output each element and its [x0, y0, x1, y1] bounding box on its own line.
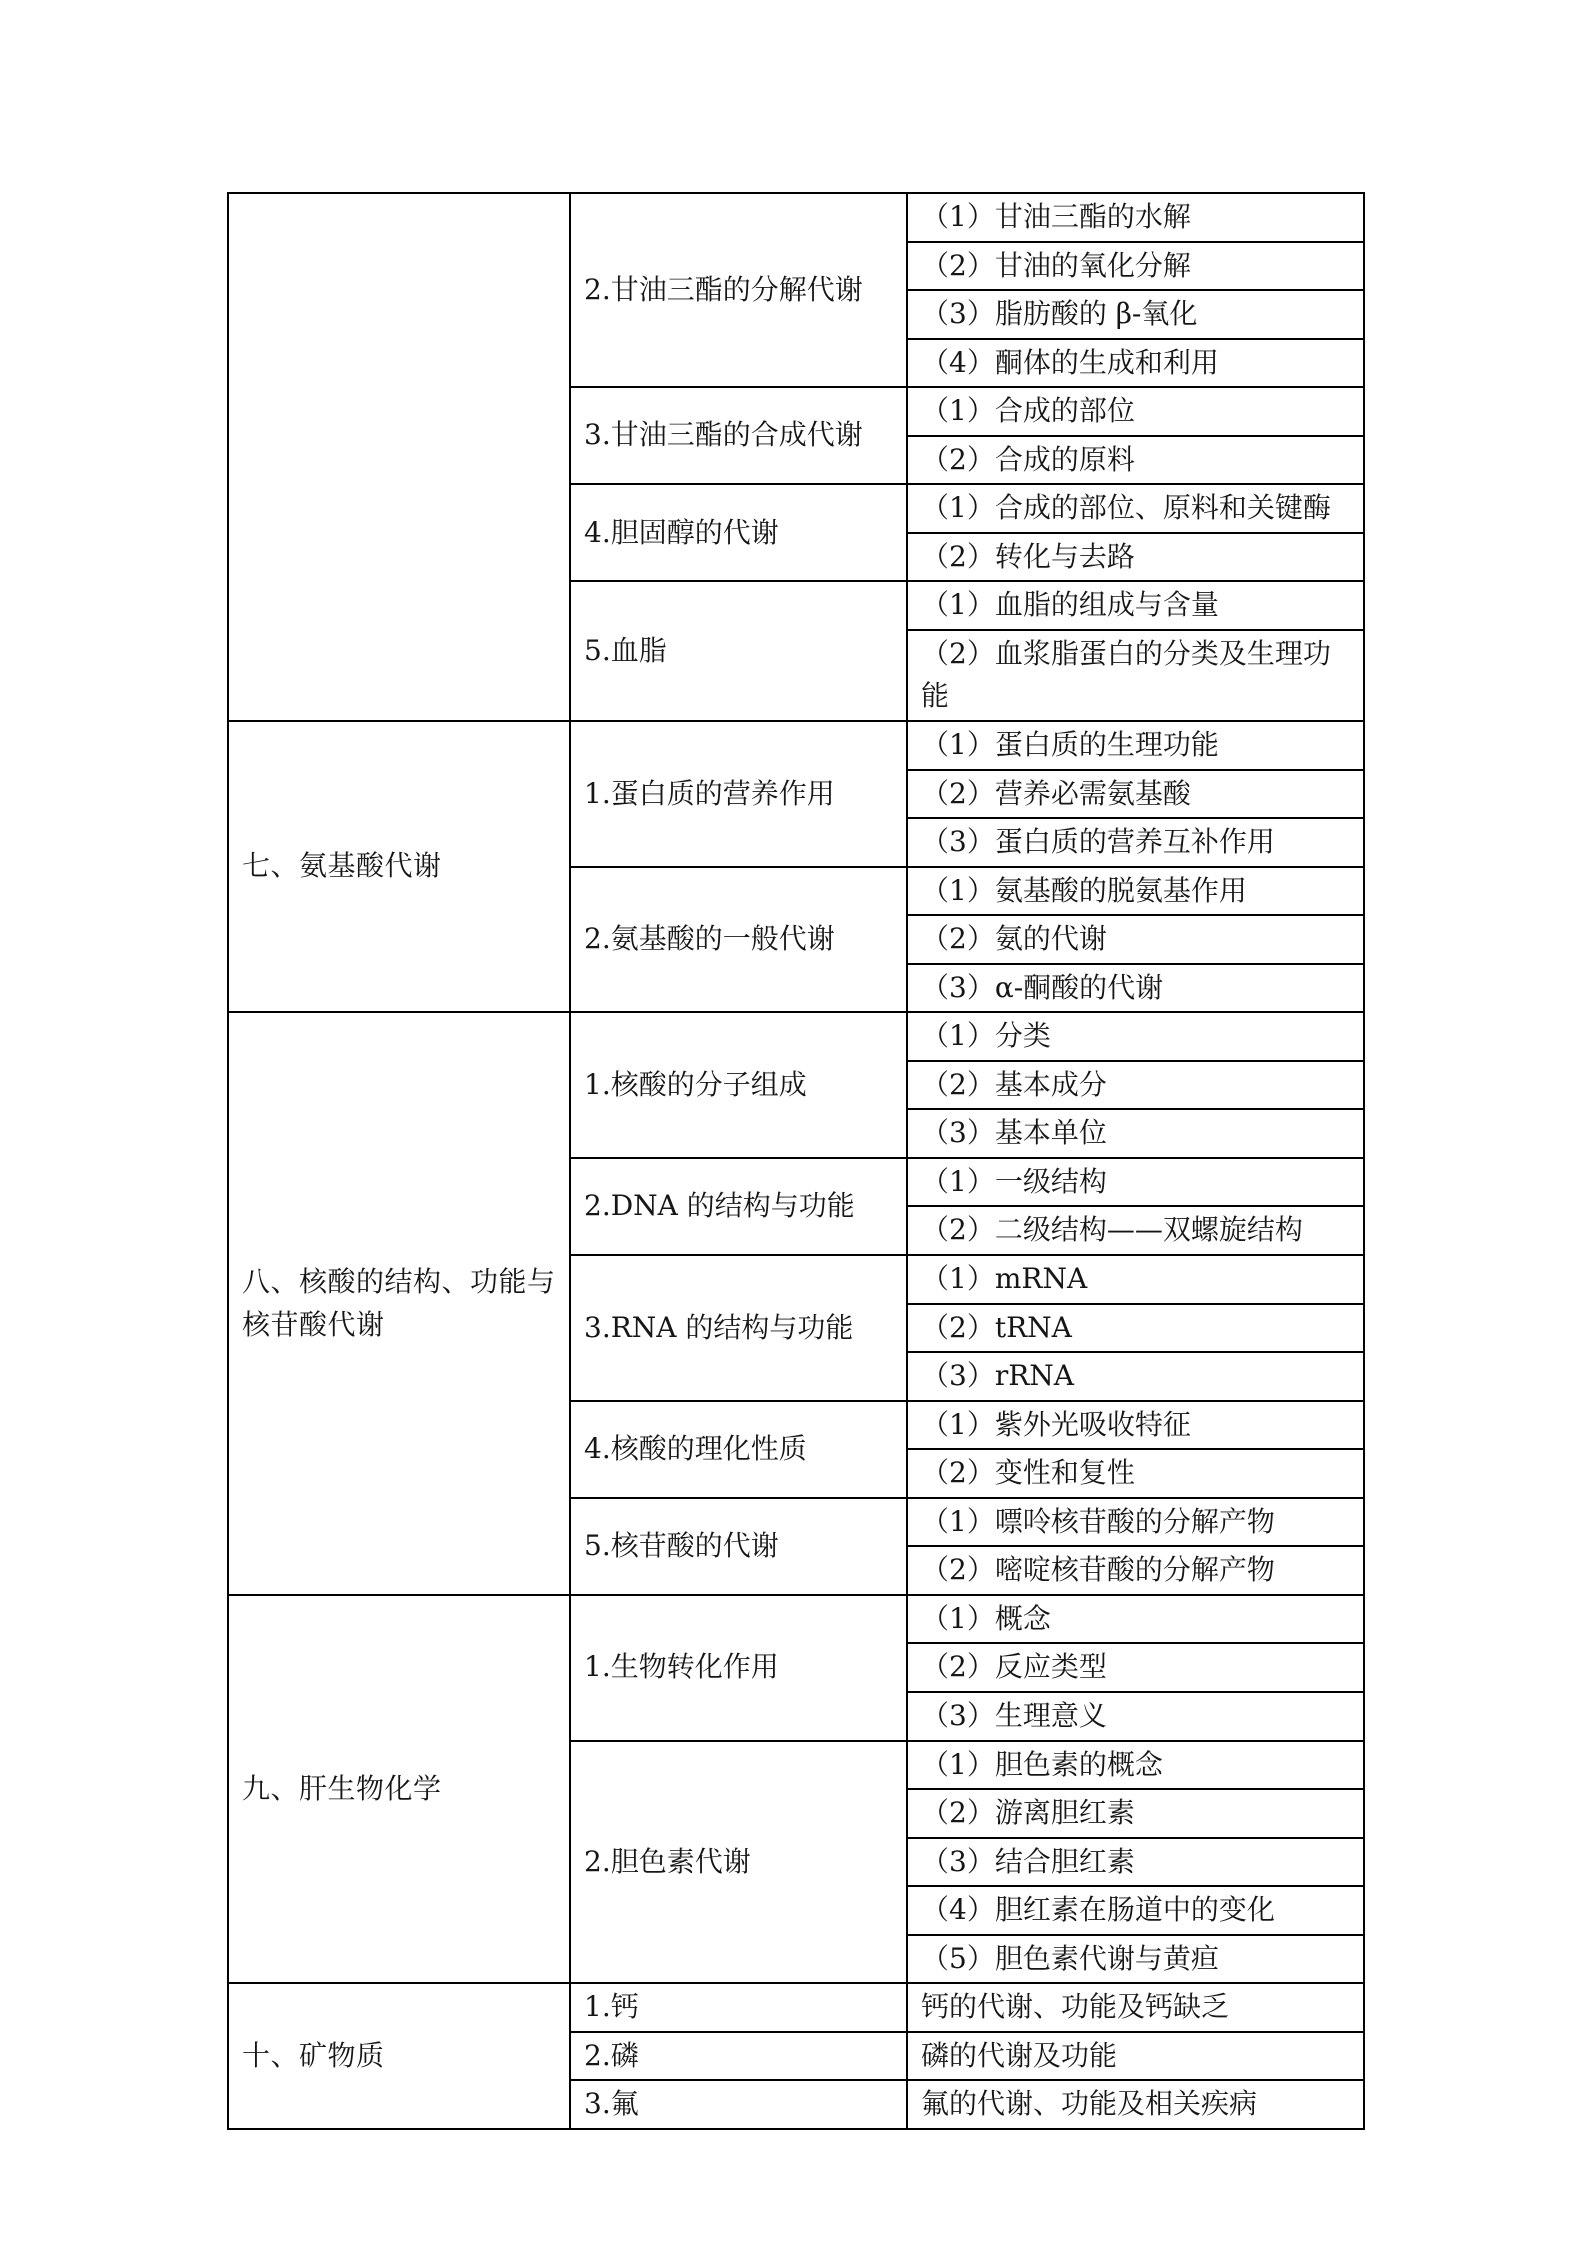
detail-cell: （3）生理意义	[907, 1692, 1364, 1741]
detail-cell: （3）rRNA	[907, 1352, 1364, 1401]
subsection-cell: 5.核苷酸的代谢	[570, 1498, 907, 1595]
table-row: 八、核酸的结构、功能与核苷酸代谢1.核酸的分子组成（1）分类	[228, 1012, 1364, 1061]
table-row: 十、矿物质1.钙钙的代谢、功能及钙缺乏	[228, 1983, 1364, 2032]
detail-cell: （3）蛋白质的营养互补作用	[907, 818, 1364, 867]
detail-cell: （2）二级结构——双螺旋结构	[907, 1206, 1364, 1255]
subsection-cell: 2.DNA 的结构与功能	[570, 1158, 907, 1255]
detail-cell: （2）血浆脂蛋白的分类及生理功能	[907, 630, 1364, 721]
detail-cell: （1）氨基酸的脱氨基作用	[907, 867, 1364, 916]
subsection-cell: 1.生物转化作用	[570, 1595, 907, 1741]
detail-cell: （3）脂肪酸的 β-氧化	[907, 290, 1364, 339]
detail-cell: （5）胆色素代谢与黄疸	[907, 1935, 1364, 1984]
detail-cell: （2）反应类型	[907, 1643, 1364, 1692]
detail-cell: （4）胆红素在肠道中的变化	[907, 1886, 1364, 1935]
detail-cell: （2）氨的代谢	[907, 915, 1364, 964]
subsection-cell: 4.核酸的理化性质	[570, 1401, 907, 1498]
subsection-cell: 3.氟	[570, 2080, 907, 2129]
subsection-cell: 2.磷	[570, 2032, 907, 2081]
detail-cell: （2）游离胆红素	[907, 1789, 1364, 1838]
table-row: 九、肝生物化学1.生物转化作用（1）概念	[228, 1595, 1364, 1644]
detail-cell: （3）α-酮酸的代谢	[907, 964, 1364, 1013]
detail-cell: （2）嘧啶核苷酸的分解产物	[907, 1546, 1364, 1595]
detail-cell: （2）营养必需氨基酸	[907, 770, 1364, 819]
document-page: 2.甘油三酯的分解代谢（1）甘油三酯的水解（2）甘油的氧化分解（3）脂肪酸的 β…	[0, 0, 1587, 2245]
detail-cell: （1）蛋白质的生理功能	[907, 721, 1364, 770]
detail-cell: （1）胆色素的概念	[907, 1741, 1364, 1790]
detail-cell: 磷的代谢及功能	[907, 2032, 1364, 2081]
detail-cell: （1）血脂的组成与含量	[907, 581, 1364, 630]
detail-cell: （2）转化与去路	[907, 533, 1364, 582]
detail-cell: （1）一级结构	[907, 1158, 1364, 1207]
detail-cell: （2）tRNA	[907, 1304, 1364, 1353]
table-row: 2.甘油三酯的分解代谢（1）甘油三酯的水解	[228, 193, 1364, 242]
section-cell	[228, 193, 570, 721]
detail-cell: （1）分类	[907, 1012, 1364, 1061]
detail-cell: （4）酮体的生成和利用	[907, 339, 1364, 388]
subsection-cell: 2.甘油三酯的分解代谢	[570, 193, 907, 387]
detail-cell: （2）变性和复性	[907, 1449, 1364, 1498]
section-cell: 七、氨基酸代谢	[228, 721, 570, 1012]
detail-cell: （1）mRNA	[907, 1255, 1364, 1304]
subsection-cell: 2.胆色素代谢	[570, 1741, 907, 1984]
detail-cell: （1）概念	[907, 1595, 1364, 1644]
subsection-cell: 3.RNA 的结构与功能	[570, 1255, 907, 1401]
detail-cell: （1）紫外光吸收特征	[907, 1401, 1364, 1450]
section-cell: 九、肝生物化学	[228, 1595, 570, 1983]
detail-cell: 氟的代谢、功能及相关疾病	[907, 2080, 1364, 2129]
detail-cell: （1）合成的部位	[907, 387, 1364, 436]
table-row: 七、氨基酸代谢1.蛋白质的营养作用（1）蛋白质的生理功能	[228, 721, 1364, 770]
detail-cell: 钙的代谢、功能及钙缺乏	[907, 1983, 1364, 2032]
detail-cell: （2）基本成分	[907, 1061, 1364, 1110]
subsection-cell: 2.氨基酸的一般代谢	[570, 867, 907, 1013]
section-cell: 八、核酸的结构、功能与核苷酸代谢	[228, 1012, 570, 1595]
subsection-cell: 5.血脂	[570, 581, 907, 721]
subsection-cell: 3.甘油三酯的合成代谢	[570, 387, 907, 484]
detail-cell: （2）合成的原料	[907, 436, 1364, 485]
subsection-cell: 1.蛋白质的营养作用	[570, 721, 907, 867]
subsection-cell: 4.胆固醇的代谢	[570, 484, 907, 581]
detail-cell: （3）基本单位	[907, 1109, 1364, 1158]
detail-cell: （3）结合胆红素	[907, 1838, 1364, 1887]
detail-cell: （1）合成的部位、原料和关键酶	[907, 484, 1364, 533]
syllabus-table-body: 2.甘油三酯的分解代谢（1）甘油三酯的水解（2）甘油的氧化分解（3）脂肪酸的 β…	[228, 193, 1364, 2129]
subsection-cell: 1.钙	[570, 1983, 907, 2032]
section-cell: 十、矿物质	[228, 1983, 570, 2129]
subsection-cell: 1.核酸的分子组成	[570, 1012, 907, 1158]
detail-cell: （1）嘌呤核苷酸的分解产物	[907, 1498, 1364, 1547]
detail-cell: （1）甘油三酯的水解	[907, 193, 1364, 242]
detail-cell: （2）甘油的氧化分解	[907, 242, 1364, 291]
syllabus-table: 2.甘油三酯的分解代谢（1）甘油三酯的水解（2）甘油的氧化分解（3）脂肪酸的 β…	[227, 192, 1365, 2130]
